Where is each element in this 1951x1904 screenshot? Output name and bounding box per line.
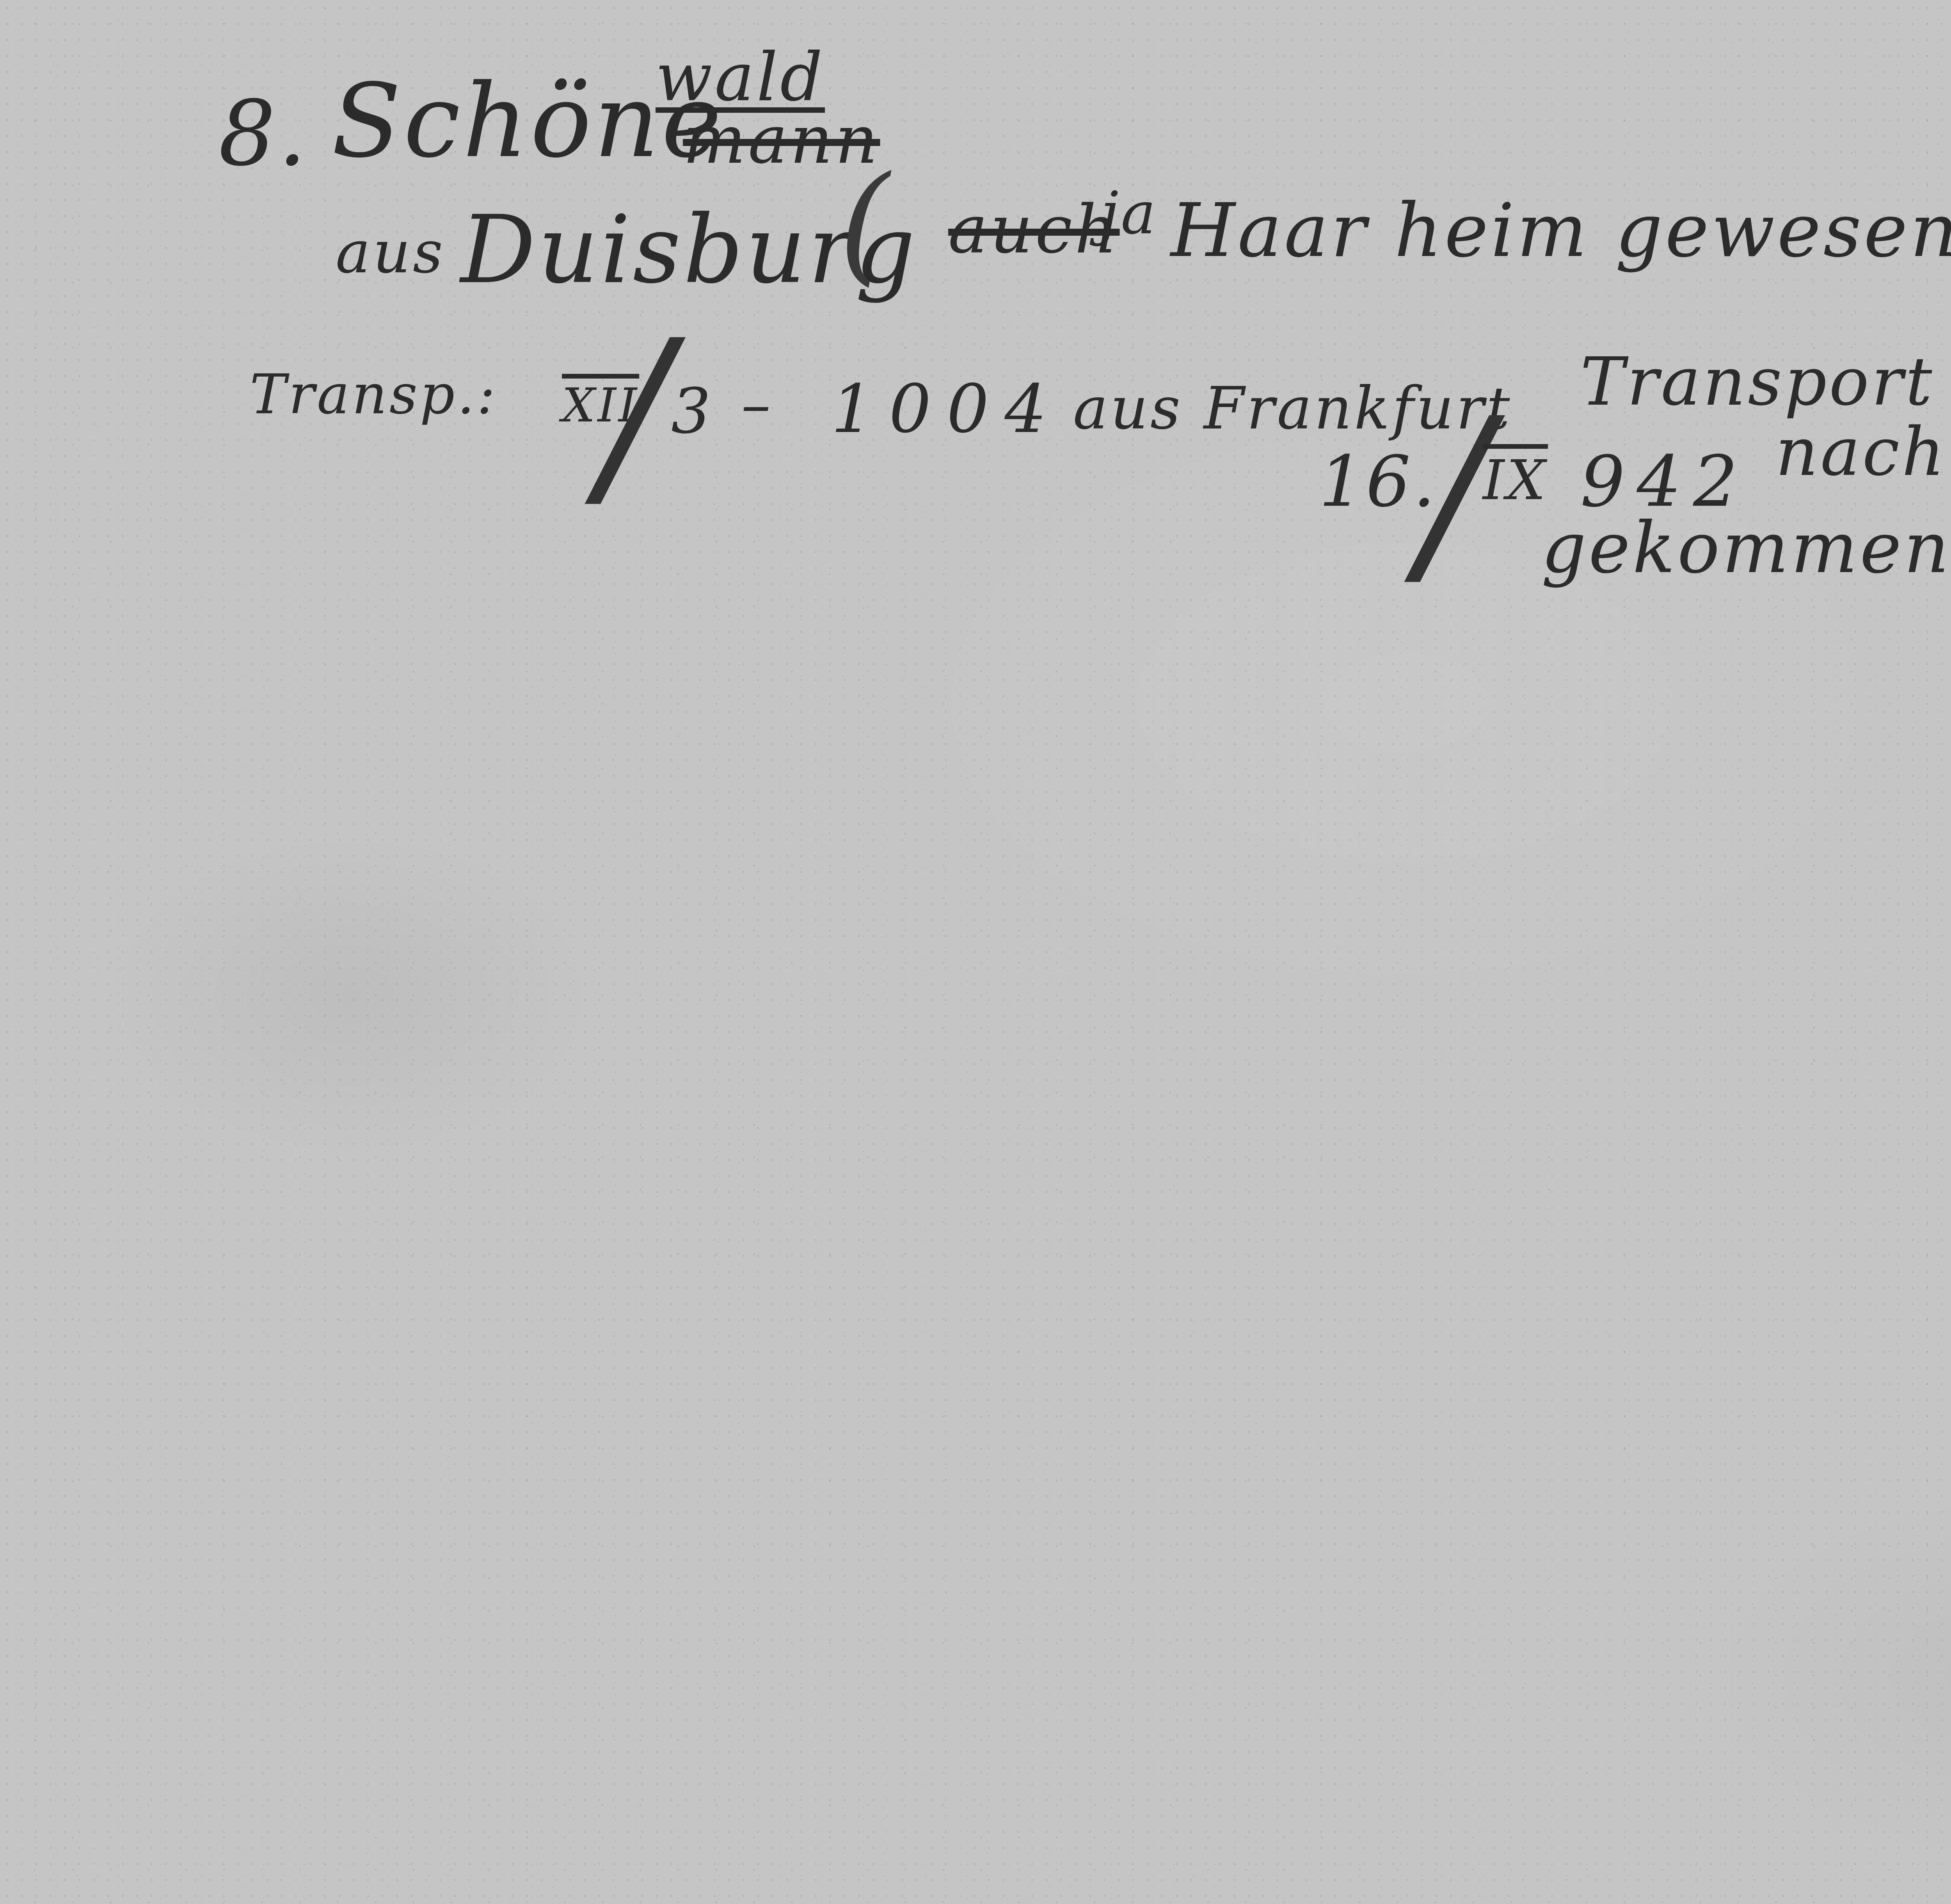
transport-number: 3: [671, 375, 713, 448]
inserted-word: ja: [1100, 180, 1158, 247]
paper-texture: [0, 0, 1951, 1904]
fraction-slash: /: [601, 297, 672, 533]
person-number: 1004: [831, 371, 1063, 448]
arrival-day: 16.: [1319, 441, 1437, 523]
transport-word: Transport: [1580, 343, 1935, 421]
entry-number: 8.: [219, 82, 309, 186]
destination: nach Theresienstadt: [1775, 414, 1951, 491]
open-parenthesis: (: [839, 148, 892, 298]
date-slash: /: [1420, 375, 1491, 611]
separator-dash: –: [741, 371, 773, 439]
struck-word: auch: [948, 191, 1120, 268]
surname-correction-insert: wald: [656, 39, 825, 116]
remark-text: Haar heim gewesen: [1171, 187, 1951, 274]
arrival-month-roman: IX: [1483, 449, 1548, 512]
origin-prefix: aus: [336, 219, 445, 286]
status-word: gekommen: [1541, 507, 1951, 589]
transport-label: Transp.:: [250, 363, 498, 427]
archival-index-card: 8. Schöne mann wald aus Duisburg ( auch …: [0, 0, 1951, 1904]
